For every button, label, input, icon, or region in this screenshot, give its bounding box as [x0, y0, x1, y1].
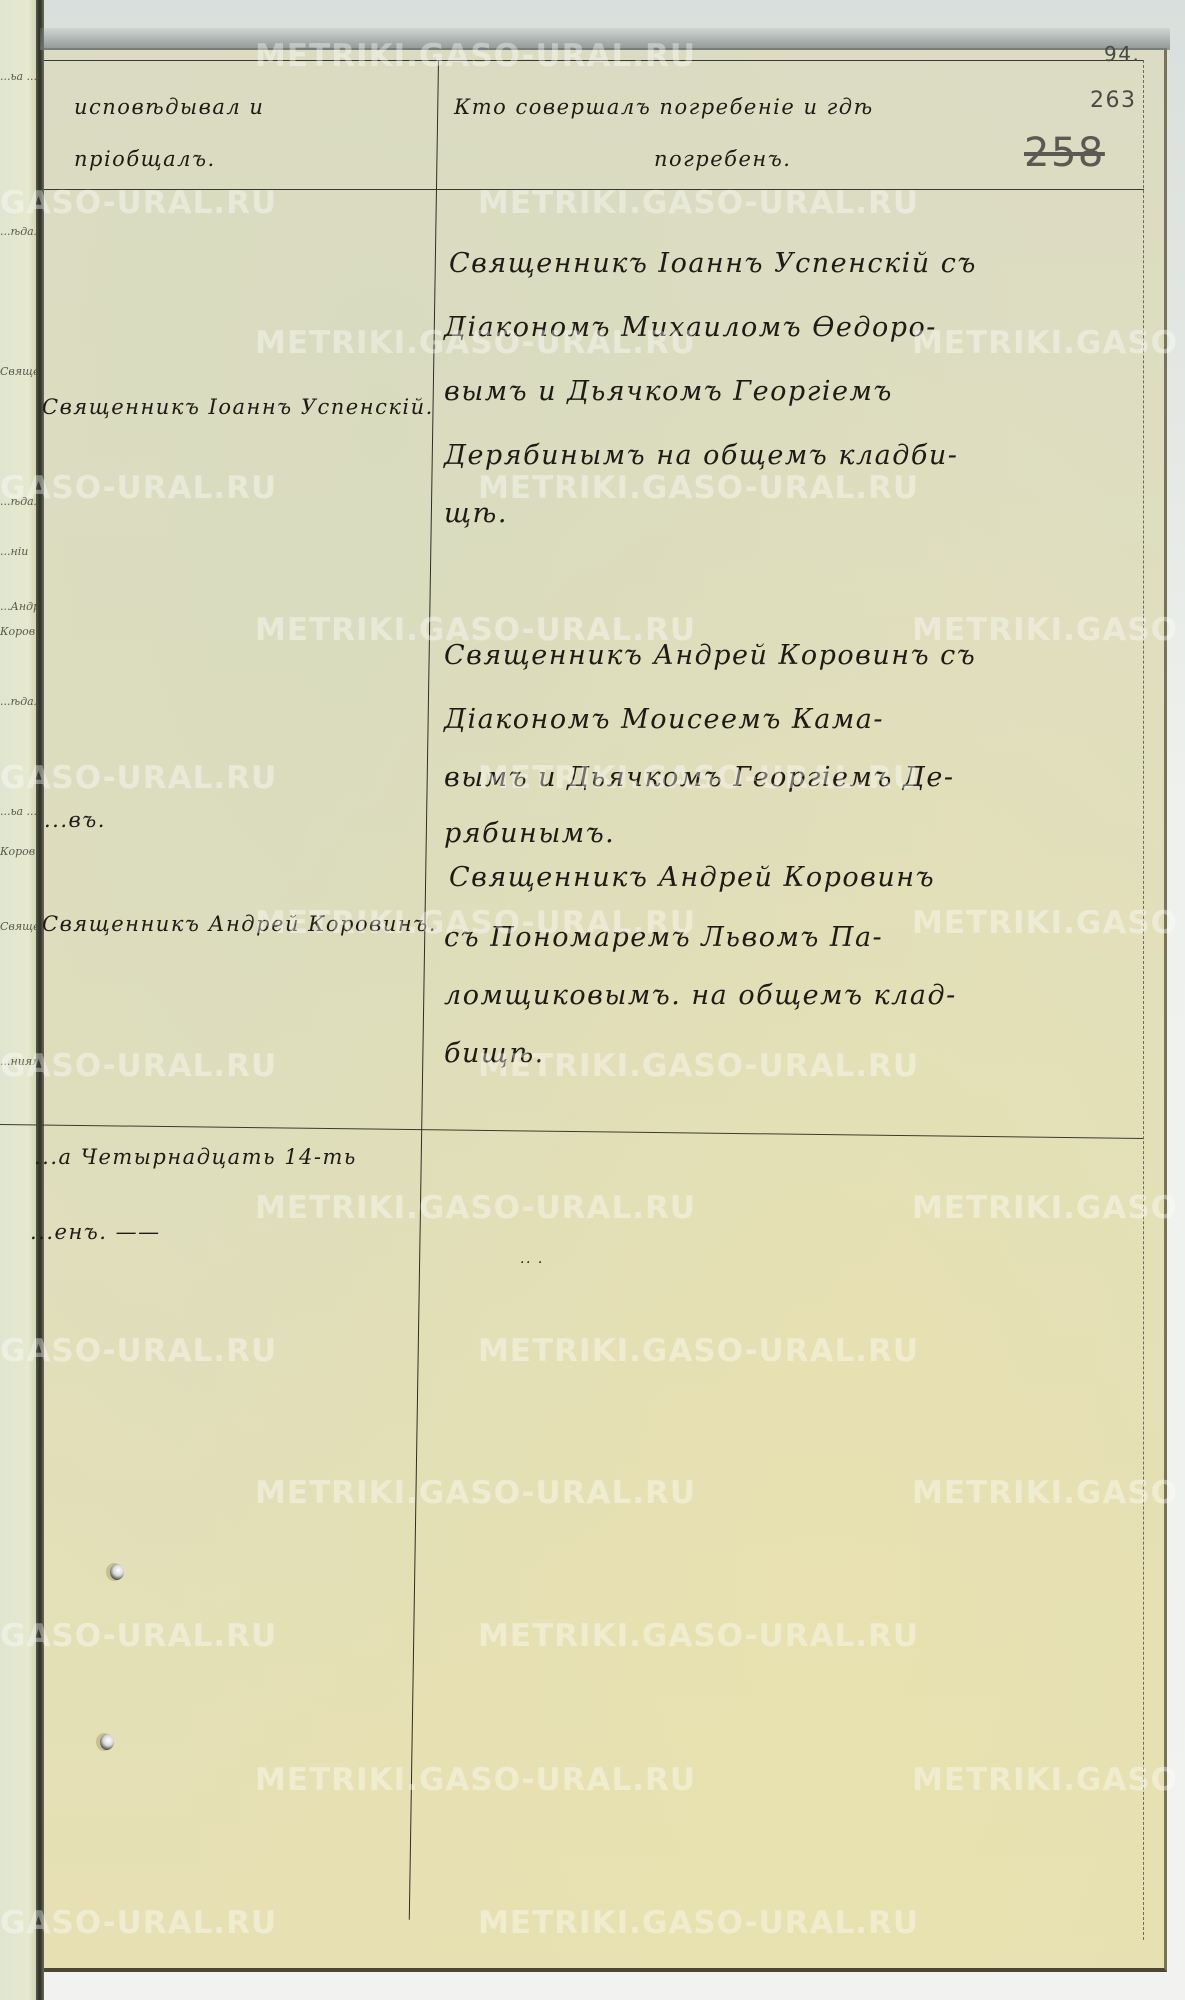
header-left-line2: пріобщалъ. [74, 147, 216, 171]
entry-2-line4: рябинымъ. [444, 818, 615, 849]
entry-1-line3: вымъ и Дьячкомъ Георгіемъ [444, 376, 893, 407]
header-right-line2: погребенъ. [654, 147, 791, 171]
margin-note: ...ніи [0, 545, 40, 558]
header-top-rule [44, 60, 1144, 61]
entry-3-line4: бищѣ. [444, 1038, 545, 1069]
right-margin-rule [1143, 60, 1144, 1940]
section-divider-rule [0, 1124, 1144, 1139]
header-left-line1: исповѣдывал и [74, 95, 264, 119]
margin-note: ...ьа ... [0, 70, 40, 83]
entry-3-marker: ...въ. [44, 808, 106, 832]
entry-2-line3: вымъ и Дьячкомъ Георгіемъ Де- [444, 762, 954, 793]
column-divider [409, 60, 439, 1920]
crossed-page-number: 258 [1024, 130, 1105, 176]
entry-2-line1: Священникъ Андрей Коровинъ съ [444, 640, 976, 671]
margin-note: ...Андрей [0, 600, 40, 613]
entry-1-confessor: Священникъ Іоаннъ Успенскій. [42, 395, 434, 419]
entry-1-line1: Священникъ Іоаннъ Успенскій съ [449, 248, 977, 279]
binding-hole [100, 1734, 114, 1750]
margin-note: ...ѣдалъ [0, 225, 40, 238]
entry-3-line3: ломщиковымъ. на общемъ клад- [444, 980, 957, 1011]
entry-2-line2: Діакономъ Моисеемъ Кама- [444, 704, 884, 735]
summary-line-1: ...а Четырнадцать 14-ть [34, 1145, 357, 1169]
margin-note: ...ниямъ [0, 1055, 40, 1068]
margin-note: Коровинъ [0, 845, 40, 858]
stamp-number: 263 [1090, 88, 1137, 113]
ledger-page: 94. 263 258 исповѣдывал и пріобщалъ. Кто… [44, 48, 1167, 1972]
header-right-line1: Кто совершалъ погребеніе и гдѣ [454, 95, 874, 119]
entry-1-line2: Діакономъ Михаиломъ Ѳедоро- [444, 312, 937, 343]
summary-line-2: ...енъ. —— [30, 1220, 161, 1244]
header-bottom-rule [44, 189, 1144, 190]
margin-note: ...ѣдалъ [0, 695, 40, 708]
entry-1-line5: щѣ. [444, 498, 508, 529]
summary-marks: ·· · [520, 1255, 544, 1271]
binding-hole [110, 1564, 124, 1580]
entry-1-line4: Дерябинымъ на общемъ кладби- [444, 440, 958, 471]
margin-note: Священникъ [0, 365, 40, 378]
entry-3-line1: Священникъ Андрей Коровинъ [449, 862, 935, 893]
entry-3-line2: съ Пономаремъ Львомъ Па- [444, 922, 883, 953]
folio-number: 94. [1104, 42, 1140, 66]
book-spine [36, 0, 44, 2000]
entry-3-confessor: Священникъ Андрей Коровинъ. [42, 912, 437, 936]
margin-note: ...ѣдалъ [0, 495, 40, 508]
margin-note: ...ьа ...въ [0, 805, 40, 818]
margin-note: Священникъ [0, 920, 40, 933]
margin-note: Коровинъ [0, 625, 40, 638]
adjacent-page-strip: ...ьа ... ...ѣдалъ Священникъ ...ѣдалъ .… [0, 0, 40, 2000]
